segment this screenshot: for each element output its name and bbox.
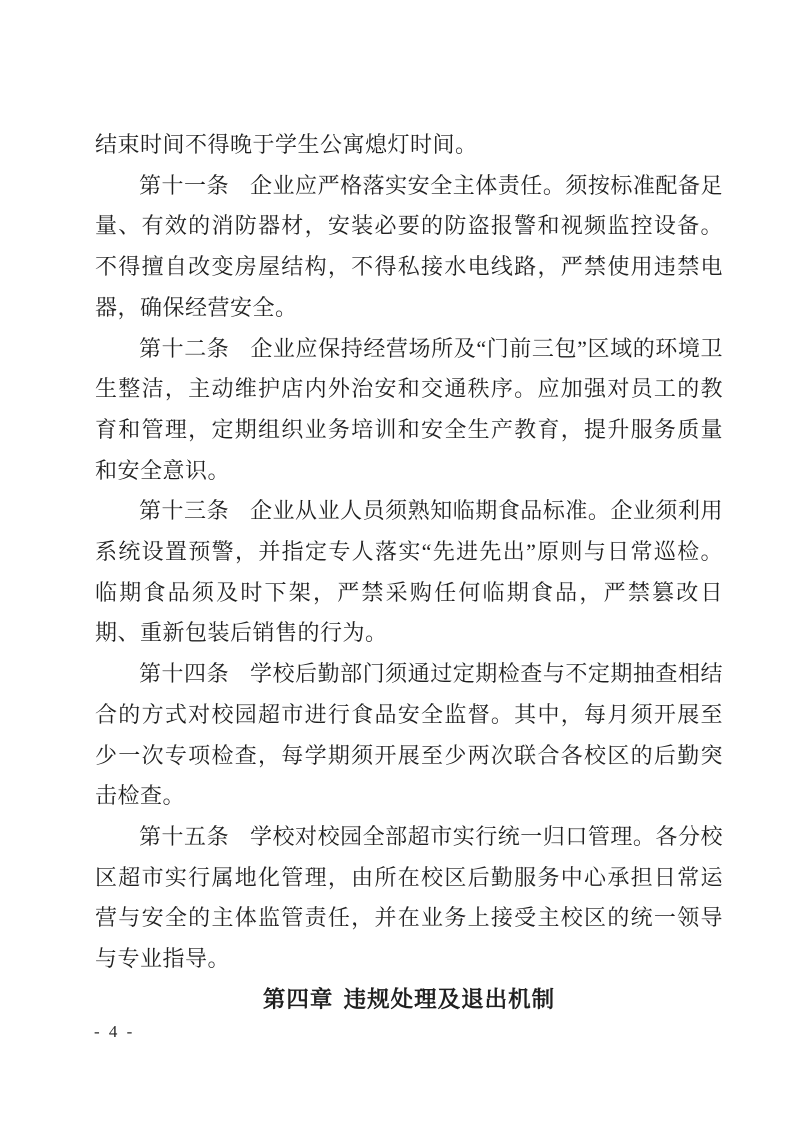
continuation-paragraph-text: 结束时间不得晚于学生公寓熄灯时间。 — [95, 132, 478, 157]
page-number: - 4 - — [94, 1022, 135, 1042]
chapter-number: 第四章 — [263, 987, 334, 1012]
article-number-label: 第十二条 — [139, 336, 229, 361]
article-paragraph-14: 第十四条学校后勤部门须通过定期检查与不定期抽查相结合的方式对校园超市进行食品安全… — [95, 654, 723, 817]
document-page: 结束时间不得晚于学生公寓熄灯时间。 第十一条企业应严格落实安全主体责任。须按标准… — [0, 0, 793, 1122]
chapter-title: 违规处理及退出机制 — [344, 987, 556, 1012]
article-number-label: 第十三条 — [139, 498, 229, 523]
article-number-label: 第十四条 — [139, 661, 229, 686]
article-number-label: 第十一条 — [139, 173, 229, 198]
article-number-label: 第十五条 — [139, 824, 229, 849]
article-paragraph-15: 第十五条学校对校园全部超市实行统一归口管理。各分校区超市实行属地化管理，由所在校… — [95, 817, 723, 980]
document-text-block: 结束时间不得晚于学生公寓熄灯时间。 第十一条企业应严格落实安全主体责任。须按标准… — [95, 125, 723, 1020]
chapter-heading: 第四章违规处理及退出机制 — [95, 980, 723, 1021]
article-paragraph-12: 第十二条企业应保持经营场所及“门前三包”区域的环境卫生整洁，主动维护店内外治安和… — [95, 329, 723, 492]
continuation-paragraph: 结束时间不得晚于学生公寓熄灯时间。 — [95, 125, 723, 166]
article-paragraph-13: 第十三条企业从业人员须熟知临期食品标准。企业须利用系统设置预警，并指定专人落实“… — [95, 491, 723, 654]
article-paragraph-11: 第十一条企业应严格落实安全主体责任。须按标准配备足量、有效的消防器材，安装必要的… — [95, 166, 723, 329]
